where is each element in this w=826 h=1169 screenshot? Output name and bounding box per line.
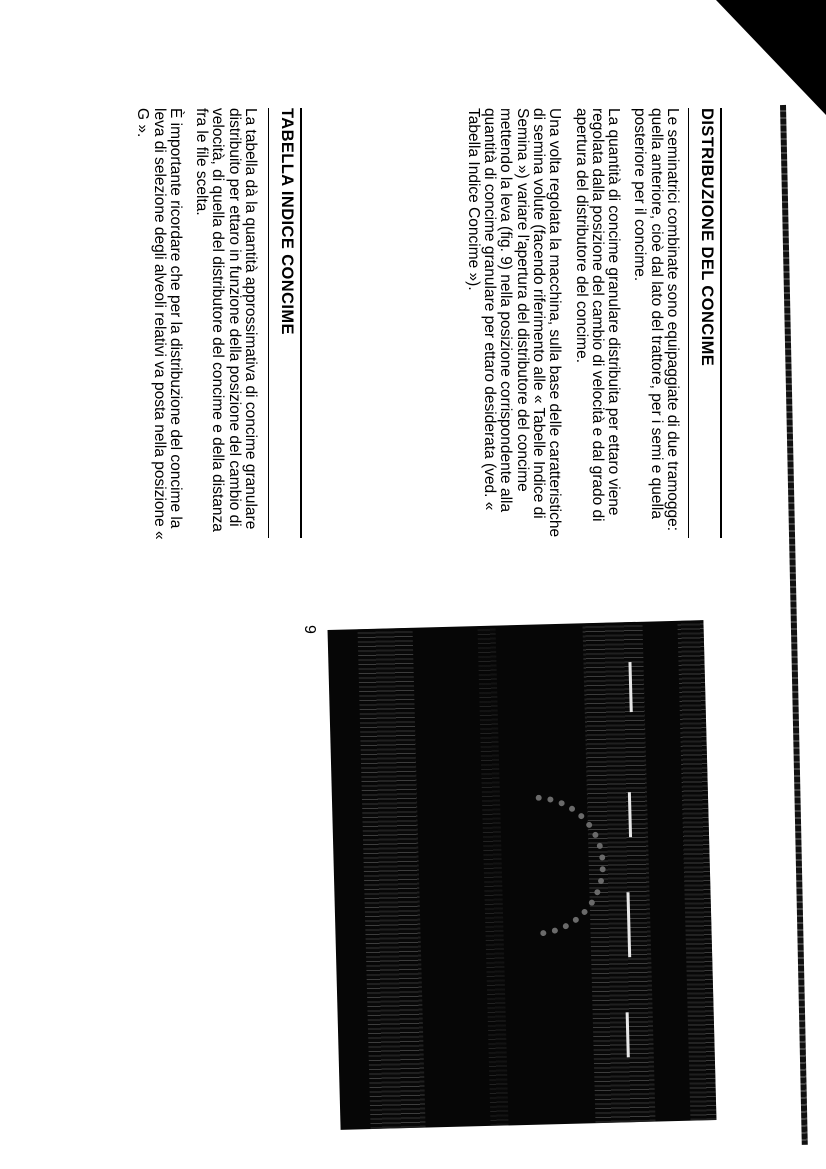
figure-label: 9 bbox=[300, 625, 318, 634]
scan-page-edge bbox=[780, 105, 808, 1145]
heading-distribuzione: DISTRIBUZIONE DEL CONCIME bbox=[688, 108, 722, 538]
paragraph: È importante ricordare che per la distri… bbox=[134, 108, 183, 548]
figure-photo bbox=[328, 620, 717, 1130]
paragraph: Una volta regolata la macchina, sulla ba… bbox=[464, 108, 562, 548]
section-distribuzione: DISTRIBUZIONE DEL CONCIME Le seminatrici… bbox=[454, 108, 722, 548]
paragraph: La tabella dà la quantità approssimativa… bbox=[193, 108, 258, 548]
section-tabella: TABELLA INDICE CONCIME La tabella dà la … bbox=[124, 108, 300, 548]
paragraph: La quantità di concime granulare distrib… bbox=[572, 108, 621, 548]
paragraph: Le seminatrici combinate sono equipaggia… bbox=[631, 108, 680, 548]
scan-corner-shadow bbox=[716, 0, 826, 115]
heading-tabella: TABELLA INDICE CONCIME bbox=[268, 108, 300, 538]
